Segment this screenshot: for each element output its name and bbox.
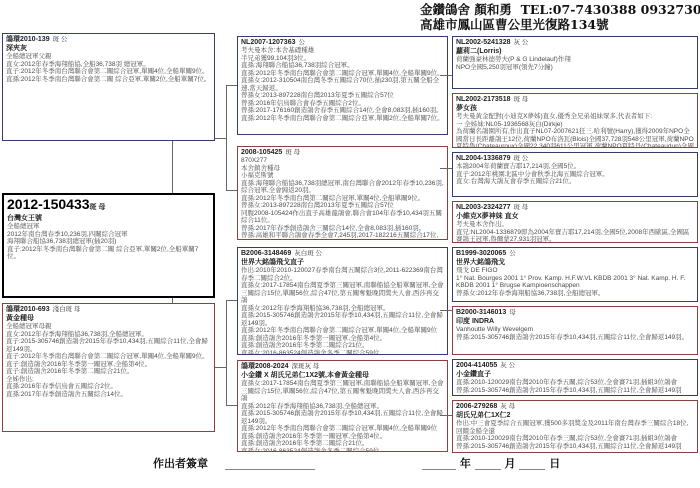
month-label: 月 — [505, 457, 516, 470]
connector-line — [226, 85, 237, 86]
pedigree-box-maternal-grandmother: 鴿環2008-2024深斑灰 母 小金鑽 X 胡氏兄弟仁1X2號,本會黃金種母 … — [237, 360, 448, 452]
mgm-name: 小金鑽 X 胡氏兄弟仁1X2號,本會黃金種母 — [241, 371, 444, 380]
ggp4-line: 直兄:NL2004-1336879即為2004年寶吉耶17,214羽,全國5位,… — [456, 229, 694, 244]
father-ring: 鴿環2010-139 — [6, 36, 50, 43]
mgm-line: 直孫:2012年冬季南台灣聯合會第二關綜合冠軍,單關4位,全船單關9位 — [241, 425, 444, 433]
connector-line — [226, 300, 227, 405]
mgf-ring: B2006-3148469 — [241, 250, 291, 257]
header: 金鑽鴿舍 顏和勇 TEL:07-7430388 0932730882 高雄市鳳山… — [420, 2, 698, 32]
subject-line: 直子:2012年冬季南台灣聯合會第二關 綜合亞軍,單關2位,全船單關7位。 — [7, 246, 210, 261]
mgf-line: 直孫女:2017-17854南台灣夏季第三關冠軍,南聯船協全船單關冠軍,全會三關… — [241, 282, 444, 305]
mgm-line: 直孫:2012年春季海翔船協36,738羽,全船總冠軍。 — [241, 403, 444, 411]
ggp7-line: 直孫:2010-120029南台灣2010年春季五關,綜合53位,全會賽71羽,… — [456, 379, 694, 387]
ggp4-ring: NL2003-2324277 — [456, 204, 511, 211]
connector-line — [172, 141, 173, 193]
mgf-line: 直孫:創造鴿舍2016年冬季第一關冠軍,全船第4位。 — [241, 335, 444, 343]
pedigree-box-mother: 鴿環2010-693淺白斑 母 黃金種母 全船總冠軍母親 直女:2012年春季海… — [2, 303, 215, 432]
mgm-line: 直孫女:2016-863524創造鴿舍冬季二關綜合59位 — [241, 448, 444, 453]
pgm-line: 曾孫:高雄和平聯合鴿會春季全會7,245羽,2017-182216五關綜合17位… — [241, 232, 444, 240]
pedigree-box-paternal-grandfather: NL2007-1207363公 考夫曼本舍:本舍基礎種雄 半兄弟獲99,104羽… — [237, 36, 448, 135]
connector-line — [440, 310, 452, 311]
pedigree-box-ggp5: B1999-3020065公 世界大銘鴿飛戈 飛戈 DE FIGO 1° Nat… — [452, 247, 698, 302]
pgm-tags: 斑 母 — [285, 149, 300, 156]
connector-line — [226, 190, 237, 191]
pgm-ring: 2008-105425 — [241, 149, 282, 156]
subject-line: 2012年南台灣春季10,236羽,四關綜合冠軍 — [7, 231, 210, 239]
mgf-line: 直孫:創造鴿舍2016年冬季第二關綜合21位。 — [241, 342, 444, 350]
mgf-name: 世界大銘鴿飛戈直子 — [241, 258, 444, 267]
ggp2-line: 考夫曼黃金配對(小迪克X夢姊)直女,優秀全兄弟姐妹眾多,代表者如下: — [456, 113, 694, 121]
ggp6-name: 印度 INDRA — [456, 317, 694, 326]
ggp2-name: 夢女孩 — [456, 104, 694, 113]
header-loft-and-tel: 金鑽鴿舍 顏和勇 TEL:07-7430388 0932730882 — [420, 2, 698, 17]
connector-line — [226, 85, 227, 190]
pedigree-box-ggp1: NL2002-5241328灰 公 蘿莉二(Lorris) 荷蘭強豪林德勞夫(P… — [452, 36, 698, 89]
mgf-tags: 灰白斑 公 — [294, 250, 322, 257]
ggp6-line: 曾孫:2015-305746創造鴿舍2015年春季10,434羽,五關綜合11位… — [456, 334, 694, 342]
ggp5-line: 曾孫女:2012年春季海翔船協36,738羽,全船總冠軍。 — [456, 290, 694, 298]
pedigree-box-subject: 2012-150433斑 母 台灣女王號 全船總冠軍 2012年南台灣春季10,… — [2, 193, 215, 298]
ggp5-line: 1° Nat. Bourges 2001 1° Prov. Kamp. H.F.… — [456, 275, 694, 290]
connector-line — [172, 298, 173, 303]
year-line — [422, 458, 456, 470]
signature-label: 作出者簽章 — [153, 457, 208, 470]
subject-name: 台灣女王號 — [7, 214, 210, 223]
mgm-line: 直孫女:2017-17854南台灣夏季第三關冠軍,南聯船協全船單關冠軍,全會三關… — [241, 380, 444, 403]
pedigree-box-ggp3: NL2004-1336879斑 公 本鴿2004年荷蘭寶吉耶17,214羽,全國… — [452, 152, 698, 197]
pedigree-box-ggp6: B2000-3146013母 印度 INDRA Vanhoutte Willy … — [452, 306, 698, 355]
ggp2-line: 為荷蘭名鴿園所有,作出直子NL07-2007621狂三.哈利號(Harry),獲… — [456, 128, 694, 148]
day-line — [519, 458, 545, 470]
ggp6-ring: B2000-3146013 — [456, 309, 506, 316]
mgm-line: 直孫:創造鴿舍2016年冬季第一關冠軍,全船第4位。 — [241, 433, 444, 441]
mother-line: 直孫:2016年春季信鳥會五關綜合2位。 — [6, 383, 211, 391]
pedigree-box-ggp8: 2006-279268灰 母 胡氏兄弟仁1X仁2 作出:中三會夏季綜合五關冠軍,… — [452, 400, 698, 453]
mother-line: 直子:2012年冬季南台灣聯合會第二關綜合冠軍,單關4位,全船單關9位。 — [6, 353, 211, 361]
father-line: 直孫:2012年冬季南台灣聯合會第二關 綜合亞軍,單關2位,全船單關7位。 — [6, 76, 211, 84]
ggp8-line: 曾孫:2015-305746創造鴿舍2015年春季10,434羽,五關綜合11位… — [456, 443, 694, 451]
father-tags: 斑 公 — [53, 36, 68, 43]
year-label: 年 — [460, 457, 471, 470]
pedigree-box-paternal-grandmother: 2008-105425斑 母 870X277 本舍鎮舍種母 小福克斯號 直孫:海… — [237, 146, 448, 240]
ggp3-line: 直子:2012年桃園北區中分會秋季北海五關綜合冠軍。 — [456, 171, 694, 179]
subject-tags: 斑 母 — [90, 204, 106, 211]
ggp5-ring: B1999-3020065 — [456, 250, 506, 257]
ggp7-line: 曾孫:2015-305746創造鴿舍2015年春季10,434羽,五關綜合11位… — [456, 387, 694, 395]
ggp2-tags: 斑 母 — [514, 96, 529, 103]
mother-line: 直女:2012年春季海翔船協36,738羽,全船總冠軍。 — [6, 331, 211, 339]
father-name: 深夾灰 — [6, 44, 211, 53]
father-line: 全船總冠軍父親 — [6, 53, 211, 61]
pgf-line: 直孫女:2012-310504南台灣冬季五關綜合70位,插230羽,第五關全船全… — [241, 77, 444, 92]
pgf-line: 直孫:2012年冬季南台灣聯合會第二關綜合亞軍,單關2位,全船單關7位。 — [241, 115, 444, 123]
ggp8-ring: 2006-279268 — [456, 403, 497, 410]
pgm-line: 本舍鎮舍種母 — [241, 165, 444, 173]
mgf-line: 作出:2010年2010-120027春季南台灣五關綜合3位,2011-6223… — [241, 267, 444, 282]
loft-owner: 金鑽鴿舍 顏和勇 — [420, 2, 512, 17]
pgf-line: 曾孫:2017-176160創造鴿舍春季五關綜合14位,全會8,083羽,插16… — [241, 107, 444, 115]
ggp6-tags: 母 — [509, 309, 516, 316]
mother-line: 全船總冠軍母親 — [6, 323, 211, 331]
mgm-line: 直孫:2015-305746創造鴿舍2015年春季10,434羽,五關綜合11位… — [241, 410, 444, 425]
subject-line: 全船總冠軍 — [7, 223, 210, 231]
ggp6-line: Vanhoutte Willy Wevelgem — [456, 326, 694, 334]
pgm-line: 小福克斯號 — [241, 172, 444, 180]
tel: TEL:07-7430388 0932730882 — [521, 2, 700, 17]
subject-ring: 2012-150433 — [7, 196, 90, 212]
ggp7-name: 小金鑽直子 — [456, 370, 694, 379]
mother-line: 直子:創造鴿舍2016年冬季第一關冠軍,全船第4位。 — [6, 361, 211, 369]
mother-ring: 鴿環2010-693 — [6, 306, 50, 313]
mother-line: 直子:創造鴿舍2016年冬季第二關綜合21位。 — [6, 368, 211, 376]
ggp3-tags: 斑 公 — [514, 155, 529, 162]
ggp3-line: 本鴿2004年荷蘭寶吉耶17,214羽,全國5位。 — [456, 163, 694, 171]
pgf-line: 半兄弟獲99,104羽3位。 — [241, 55, 444, 63]
father-line: 直女:2012年春季海翔船協,全船36,738羽 總冠軍。 — [6, 61, 211, 69]
mgf-line: 直孫女:2016-863524創造鴿舍冬季二關綜合59位 — [241, 350, 444, 356]
mother-line: 直孫:2017年春季創造鴿舍五關綜合14位。 — [6, 391, 211, 399]
ggp8-tags: 灰 母 — [500, 403, 515, 410]
subject-line: 海翔聯合船協36,738羽總冠軍(插20羽) — [7, 238, 210, 246]
mgm-line: 直孫:創造鴿舍2016年冬季第二關綜合21位。 — [241, 440, 444, 448]
ggp2-line: 一 全姊妹:NL05-1936568灰白(Dirkje) — [456, 121, 694, 129]
pedigree-box-ggp7: 2004-414055灰 公 小金鑽直子 直孫:2010-120029南台灣20… — [452, 359, 698, 396]
mgf-line: 直孫:2015-305746創造鴿舍2015年春季10,434羽,五關綜合11位… — [241, 312, 444, 327]
pgm-line: 直孫:海翔聯合船協36,738羽總冠軍,南台灣聯合會2012年春季10,236羽… — [241, 180, 444, 195]
ggp4-name: 小維克X夢神妹 直女 — [456, 212, 694, 221]
ggp8-name: 胡氏兄弟仁1X仁2 — [456, 411, 694, 420]
pgm-line: 直孫:2012年冬季南台灣第二關綜合冠軍,單關4位,全船單關9位。 — [241, 195, 444, 203]
pedigree-box-maternal-grandfather: B2006-3148469灰白斑 公 世界大銘鴿飛戈直子 作出:2010年201… — [237, 247, 448, 355]
ggp4-tags: 斑 母 — [514, 204, 529, 211]
connector-line — [226, 405, 237, 406]
father-line: 直子:2012年冬季南台灣聯合會第二關綜合冠軍,單關4位,全船單關9位。 — [6, 68, 211, 76]
mother-name: 黃金種母 — [6, 314, 211, 323]
ggp8-line: 直孫:2010-120029南台灣2010年春季三關,綜合53位,全會賽71羽,… — [456, 435, 694, 443]
ggp5-name: 世界大銘鴿飛戈 — [456, 258, 694, 267]
ggp5-line: 飛戈 DE FIGO — [456, 267, 694, 275]
connector-line — [440, 75, 452, 76]
pgf-line: 直孫:2012年冬季南台灣聯合會第二關綜合冠軍,單關4位,全船單關9位。 — [241, 70, 444, 78]
ggp1-line: NPO全國5,250羽冠軍(領先7分鐘) — [456, 64, 694, 72]
mother-line: 全姊作出: — [6, 376, 211, 384]
pgm-line: 曾孫女:2013-897228南台灣2013年夏季五關綜合57位 — [241, 202, 444, 210]
ggp3-line: 直女:台灣海大鴿友會春季五關綜合21位。 — [456, 178, 694, 186]
ggp8-line: 作出:中三會夏季綜合五關冠軍,獲500多羽獎金及2011年南台灣春季三關綜合18… — [456, 420, 694, 435]
mgf-line: 直孫女:2012年春季海翔船協36,738羽,全船總冠軍。 — [241, 305, 444, 313]
pgf-line: 曾孫:2016年信鳥聯合會春季五關綜合2位。 — [241, 100, 444, 108]
mgm-tags: 深斑灰 母 — [291, 363, 319, 370]
ggp2-ring: NL2002-2173518 — [456, 96, 511, 103]
header-address: 高雄市鳳山區曹公里光復路134號 — [420, 17, 698, 32]
date-fields: 年 月 日 — [422, 457, 560, 470]
ggp1-tags: 灰 公 — [514, 39, 529, 46]
connector-line — [440, 168, 452, 169]
ggp1-ring: NL2002-5241328 — [456, 39, 511, 46]
mother-tags: 淺白斑 母 — [53, 306, 81, 313]
pedigree-box-father: 鴿環2010-139斑 公 深夾灰 全船總冠軍父親 直女:2012年春季海翔船協… — [2, 33, 215, 141]
connector-line — [440, 415, 452, 416]
pgf-line: 直孫:海翔聯合船協36,738羽綜合冠軍。 — [241, 62, 444, 70]
ggp5-tags: 公 — [509, 250, 516, 257]
pedigree-certificate: 金鑽鴿舍 顏和勇 TEL:07-7430388 0932730882 高雄市鳳山… — [0, 0, 700, 488]
pgm-line: 同腹2008-105424作出直子高雄龍鴿會,聯合會104年春季10,434羽五… — [241, 210, 444, 225]
mgm-ring: 鴿環2008-2024 — [241, 363, 288, 370]
pgm-line: 曾孫:2017年春季創造鴿舍三關綜合14位,全會8,083羽,插160羽。 — [241, 225, 444, 233]
connector-line — [215, 138, 226, 139]
ggp1-line: 荷蘭強豪林德勞夫(P & G Lindelauf)作翔 — [456, 56, 694, 64]
month-line — [475, 458, 501, 470]
mgf-line: 直孫:2012年冬季南台灣聯合會第二關綜合冠軍,單關4位,全船單關9位 — [241, 327, 444, 335]
day-label: 日 — [549, 457, 560, 470]
pedigree-box-ggp4: NL2003-2324277斑 母 小維克X夢神妹 直女 考夫曼本舍作出。 直兄… — [452, 201, 698, 243]
connector-line — [215, 367, 226, 368]
ggp3-ring: NL2004-1336879 — [456, 155, 511, 162]
signature-line — [225, 458, 315, 470]
ggp1-name: 蘿莉二(Lorris) — [456, 47, 694, 56]
ggp4-line: 考夫曼本舍作出。 — [456, 221, 694, 229]
pgf-line: 考夫曼本舍:本舍基礎種雄 — [241, 47, 444, 55]
pgf-line: 曾孫女:2013-897228南台灣2013年夏季五關綜合57位 — [241, 92, 444, 100]
ggp7-ring: 2004-414055 — [456, 362, 497, 369]
pgf-ring: NL2007-1207363 — [241, 39, 296, 46]
ggp7-tags: 灰 公 — [500, 362, 515, 369]
pedigree-box-ggp2: NL2002-2173518斑 母 夢女孩 考夫曼黃金配對(小迪克X夢姊)直女,… — [452, 93, 698, 148]
mother-line: 直子:2015-305746創造鴿舍2015年春季10,434羽,五關綜合11位… — [6, 338, 211, 353]
connector-line — [226, 300, 237, 301]
pgf-tags: 公 — [299, 39, 306, 46]
pgm-line: 870X277 — [241, 157, 444, 165]
